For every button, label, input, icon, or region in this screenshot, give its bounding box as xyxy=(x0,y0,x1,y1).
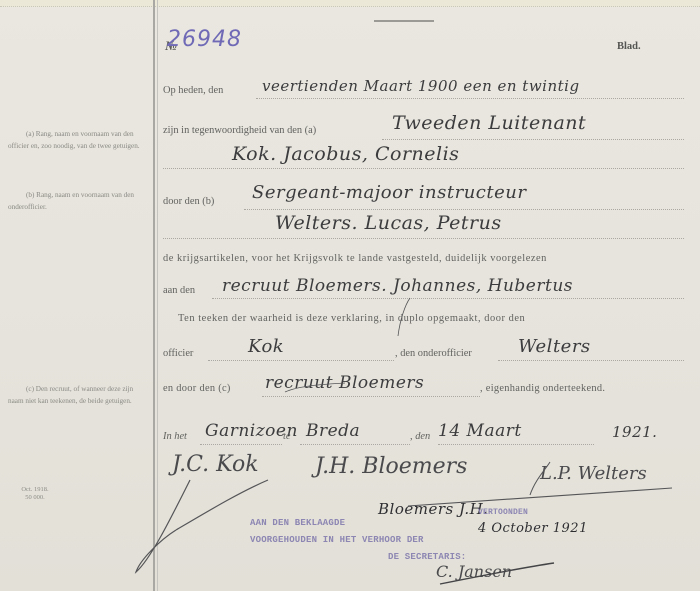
document-page: (a) Rang, naam en voornaam van den offic… xyxy=(0,0,700,591)
pen-strokes xyxy=(0,0,700,591)
